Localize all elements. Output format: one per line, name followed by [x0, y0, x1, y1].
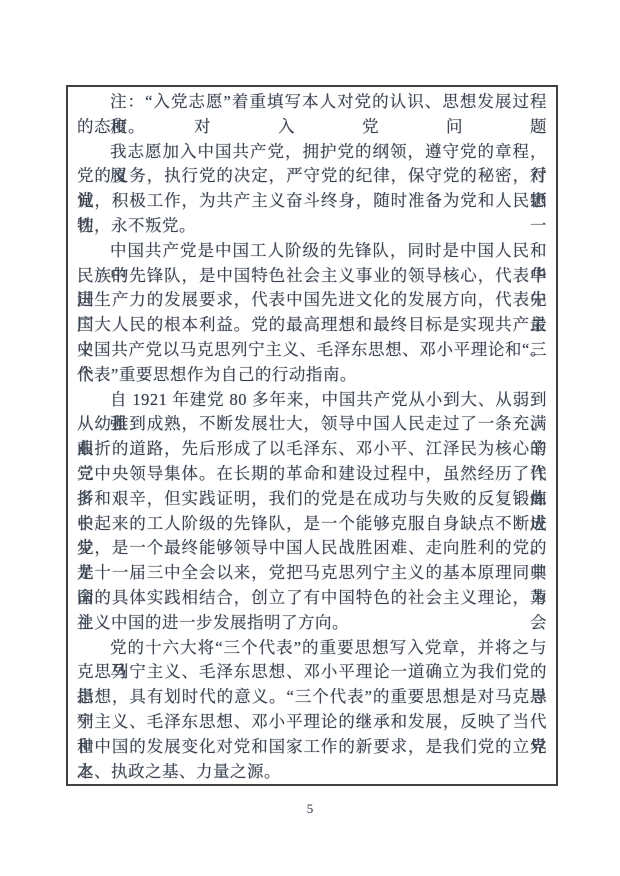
text-line: 党中央领导集体。在长期的革命和建设过程中，虽然经历了许多曲: [77, 462, 547, 487]
text-line: 党，是一个最终能够领导中国人民战胜困难、走向胜利的党。尤其: [77, 536, 547, 561]
text-line: 从幼稚到成熟，不断发展壮大，领导中国人民走过了一条充满艰辛: [77, 412, 547, 437]
text-line: 长起来的工人阶级的先锋队，是一个能够克服自身缺点不断进步的: [77, 512, 547, 537]
text-line: 曲折的道路，先后形成了以毛泽东、邓小平、江泽民为核心的三代: [77, 437, 547, 462]
text-line: 进生产力的发展要求，代表中国先进文化的发展方向，代表中国最: [77, 288, 547, 313]
text-line: 代表”重要思想作为自己的行动指南。: [77, 363, 547, 388]
text-line: 克思列宁主义、毛泽东思想、邓小平理论一道确立为我们党的指导: [77, 660, 547, 685]
text-line: 自 1921 年建党 80 多年来，中国共产党从小到大、从弱到强、: [77, 388, 547, 413]
text-line: 我志愿加入中国共产党，拥护党的纲领，遵守党的章程，履行: [77, 140, 547, 165]
text-line: 中国共产党是中国工人阶级的先锋队，同时是中国人民和中华: [77, 239, 547, 264]
text-line: 中国共产党以马克思列宁主义、毛泽东思想、邓小平理论和“三个: [77, 338, 547, 363]
text-line: 诚，积极工作，为共产主义奋斗终身，随时准备为党和人民牺牲一: [77, 189, 547, 214]
page-number: 5: [0, 801, 620, 817]
text-line: 是十一届三中全会以来，党把马克思列宁主义的基本原理同中国革: [77, 561, 547, 586]
text-line: 党的义务，执行党的决定，严守党的纪律，保守党的秘密，对党忠: [77, 164, 547, 189]
text-line: 命的具体实践相结合，创立了有中国特色的社会主义理论，为社会: [77, 586, 547, 611]
document-page: 注：“入党志愿”着重填写本人对党的认识、思想发展过程和对入党问题的态度。我志愿加…: [0, 0, 620, 876]
body-text: 注：“入党志愿”着重填写本人对党的认识、思想发展过程和对入党问题的态度。我志愿加…: [77, 90, 547, 784]
content-border-box: 注：“入党志愿”着重填写本人对党的认识、思想发展过程和对入党问题的态度。我志愿加…: [66, 85, 558, 786]
text-line: 和中国的发展变化对党和国家工作的新要求，是我们党的立党之: [77, 735, 547, 760]
text-line: 注：“入党志愿”着重填写本人对党的认识、思想发展过程和对入党问题: [77, 90, 547, 115]
text-line: 广大人民的根本利益。党的最高理想和最终目标是实现共产主义。: [77, 313, 547, 338]
text-line: 民族的先锋队，是中国特色社会主义事业的领导核心，代表中国先: [77, 264, 547, 289]
text-line: 党的十六大将“三个代表”的重要思想写入党章，并将之与马: [77, 636, 547, 661]
text-line: 思想，具有划时代的意义。“三个代表”的重要思想是对马克思列: [77, 685, 547, 710]
text-line: 折和艰辛，但实践证明，我们的党是在成功与失败的反复锻炼中成: [77, 487, 547, 512]
text-line: 宁主义、毛泽东思想、邓小平理论的继承和发展，反映了当代世界: [77, 710, 547, 735]
text-line: 本、执政之基、力量之源。: [77, 760, 547, 785]
